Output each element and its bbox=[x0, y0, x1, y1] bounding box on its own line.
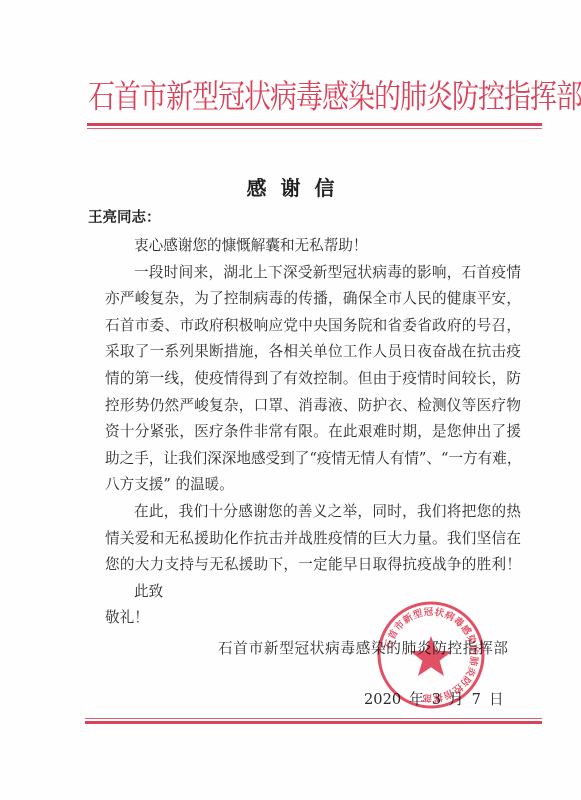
letter-body: 衷心感谢您的慷慨解囊和无私帮助！ 一段时间来，湖北上下深受新型冠状病毒的影响，石… bbox=[105, 233, 521, 632]
body-paragraph-line: 一段时间来，湖北上下深受新型冠状病毒的影响，石首疫情 bbox=[105, 260, 521, 287]
official-seal: 石首市新型冠状病毒感染的肺炎防控指挥部 bbox=[376, 600, 486, 710]
letterhead-title: 石首市新型冠状病毒感染的肺炎防控指挥部 bbox=[88, 74, 542, 122]
letter-title: 感谢信 bbox=[0, 172, 581, 201]
body-paragraph-line: 助之手，让我们深深地感受到了“疫情无情人有情”、“一方有难， bbox=[105, 446, 521, 473]
body-paragraph-line: 采取了一系列果断措施，各相关单位工作人员日夜奋战在抗击疫 bbox=[105, 339, 521, 366]
body-paragraph-line: 在此，我们十分感谢您的善义之举，同时，我们将把您的热 bbox=[105, 499, 521, 526]
body-paragraph-line: 资十分紧张，医疗条件非常有限。在此艰难时期，是您伸出了援 bbox=[105, 419, 521, 446]
body-paragraph-line: 控形势仍然严峻复杂，口罩、消毒液、防护衣、检测仪等医疗物 bbox=[105, 393, 521, 420]
body-paragraph-line: 您的大力支持与无私援助下，一定能早日取得抗疫战争的胜利！ bbox=[105, 552, 521, 579]
date-day-unit: 日 bbox=[489, 691, 504, 708]
body-paragraph-line: 八方支援” 的温暖。 bbox=[105, 472, 521, 499]
star-icon bbox=[410, 636, 452, 676]
body-paragraph-line: 情的第一线，使疫情得到了有效控制。但由于疫情时间较长，防 bbox=[105, 366, 521, 393]
letter-page: 石首市新型冠状病毒感染的肺炎防控指挥部 感谢信 王亮同志： 衷心感谢您的慷慨解囊… bbox=[0, 0, 581, 800]
letterhead-rule-thin bbox=[87, 128, 542, 129]
body-paragraph-line: 衷心感谢您的慷慨解囊和无私帮助！ bbox=[105, 233, 521, 260]
body-paragraph-line: 情关爱和无私援助化作抗击并战胜疫情的巨大力量。我们坚信在 bbox=[105, 526, 521, 553]
body-paragraph-line: 石首市委、市政府积极响应党中央国务院和省委省政府的号召， bbox=[105, 313, 521, 340]
letterhead-rule-thick bbox=[87, 123, 542, 126]
footer-rule-thin bbox=[85, 718, 542, 719]
body-paragraph-line: 亦严峻复杂，为了控制病毒的传播，确保全市人民的健康平安， bbox=[105, 286, 521, 313]
footer-rule-thick bbox=[85, 721, 542, 724]
salutation: 王亮同志： bbox=[88, 208, 161, 228]
